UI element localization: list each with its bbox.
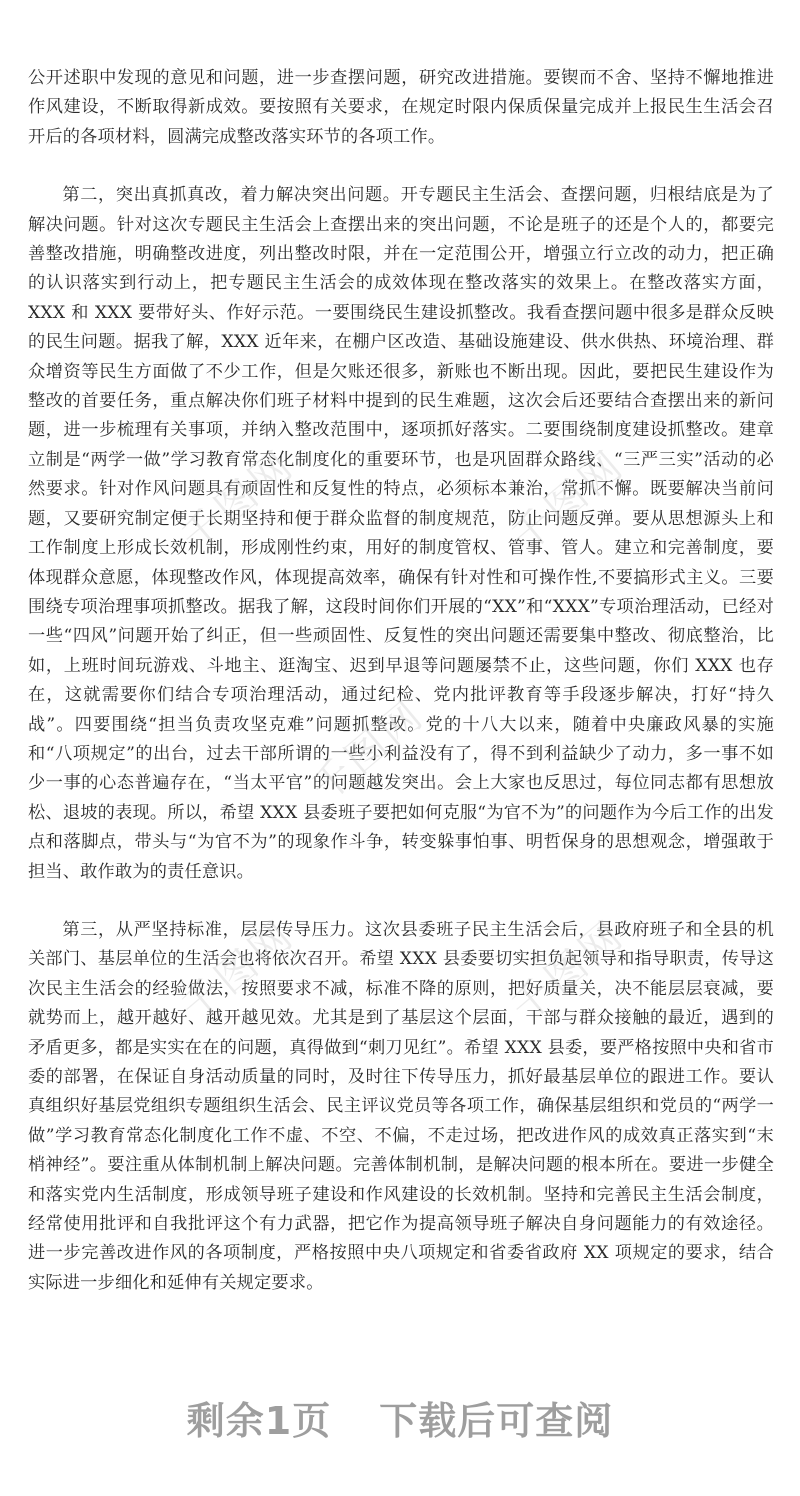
paragraph-third-point: 第三，从严坚持标准，层层传导压力。这次县委班子民主生活会后，县政府班子和全县的机… — [28, 916, 774, 1298]
download-prompt[interactable]: 剩余1页下载后可查阅 — [0, 1390, 800, 1445]
paragraph-gap — [28, 152, 774, 181]
paragraph-continuation: 公开述职中发现的意见和问题，进一步查摆问题，研究改进措施。要锲而不舍、坚持不懈地… — [28, 64, 774, 152]
remaining-pages-label: 剩余1页 — [187, 1390, 331, 1445]
download-hint-label: 下载后可查阅 — [379, 1390, 613, 1445]
paragraph-gap — [28, 887, 774, 916]
paragraph-second-point: 第二，突出真抓真改，着力解决突出问题。开专题民主生活会、查摆问题，归根结底是为了… — [28, 181, 774, 887]
document-page: 公开述职中发现的意见和问题，进一步查摆问题，研究改进措施。要锲而不舍、坚持不懈地… — [28, 64, 774, 1298]
